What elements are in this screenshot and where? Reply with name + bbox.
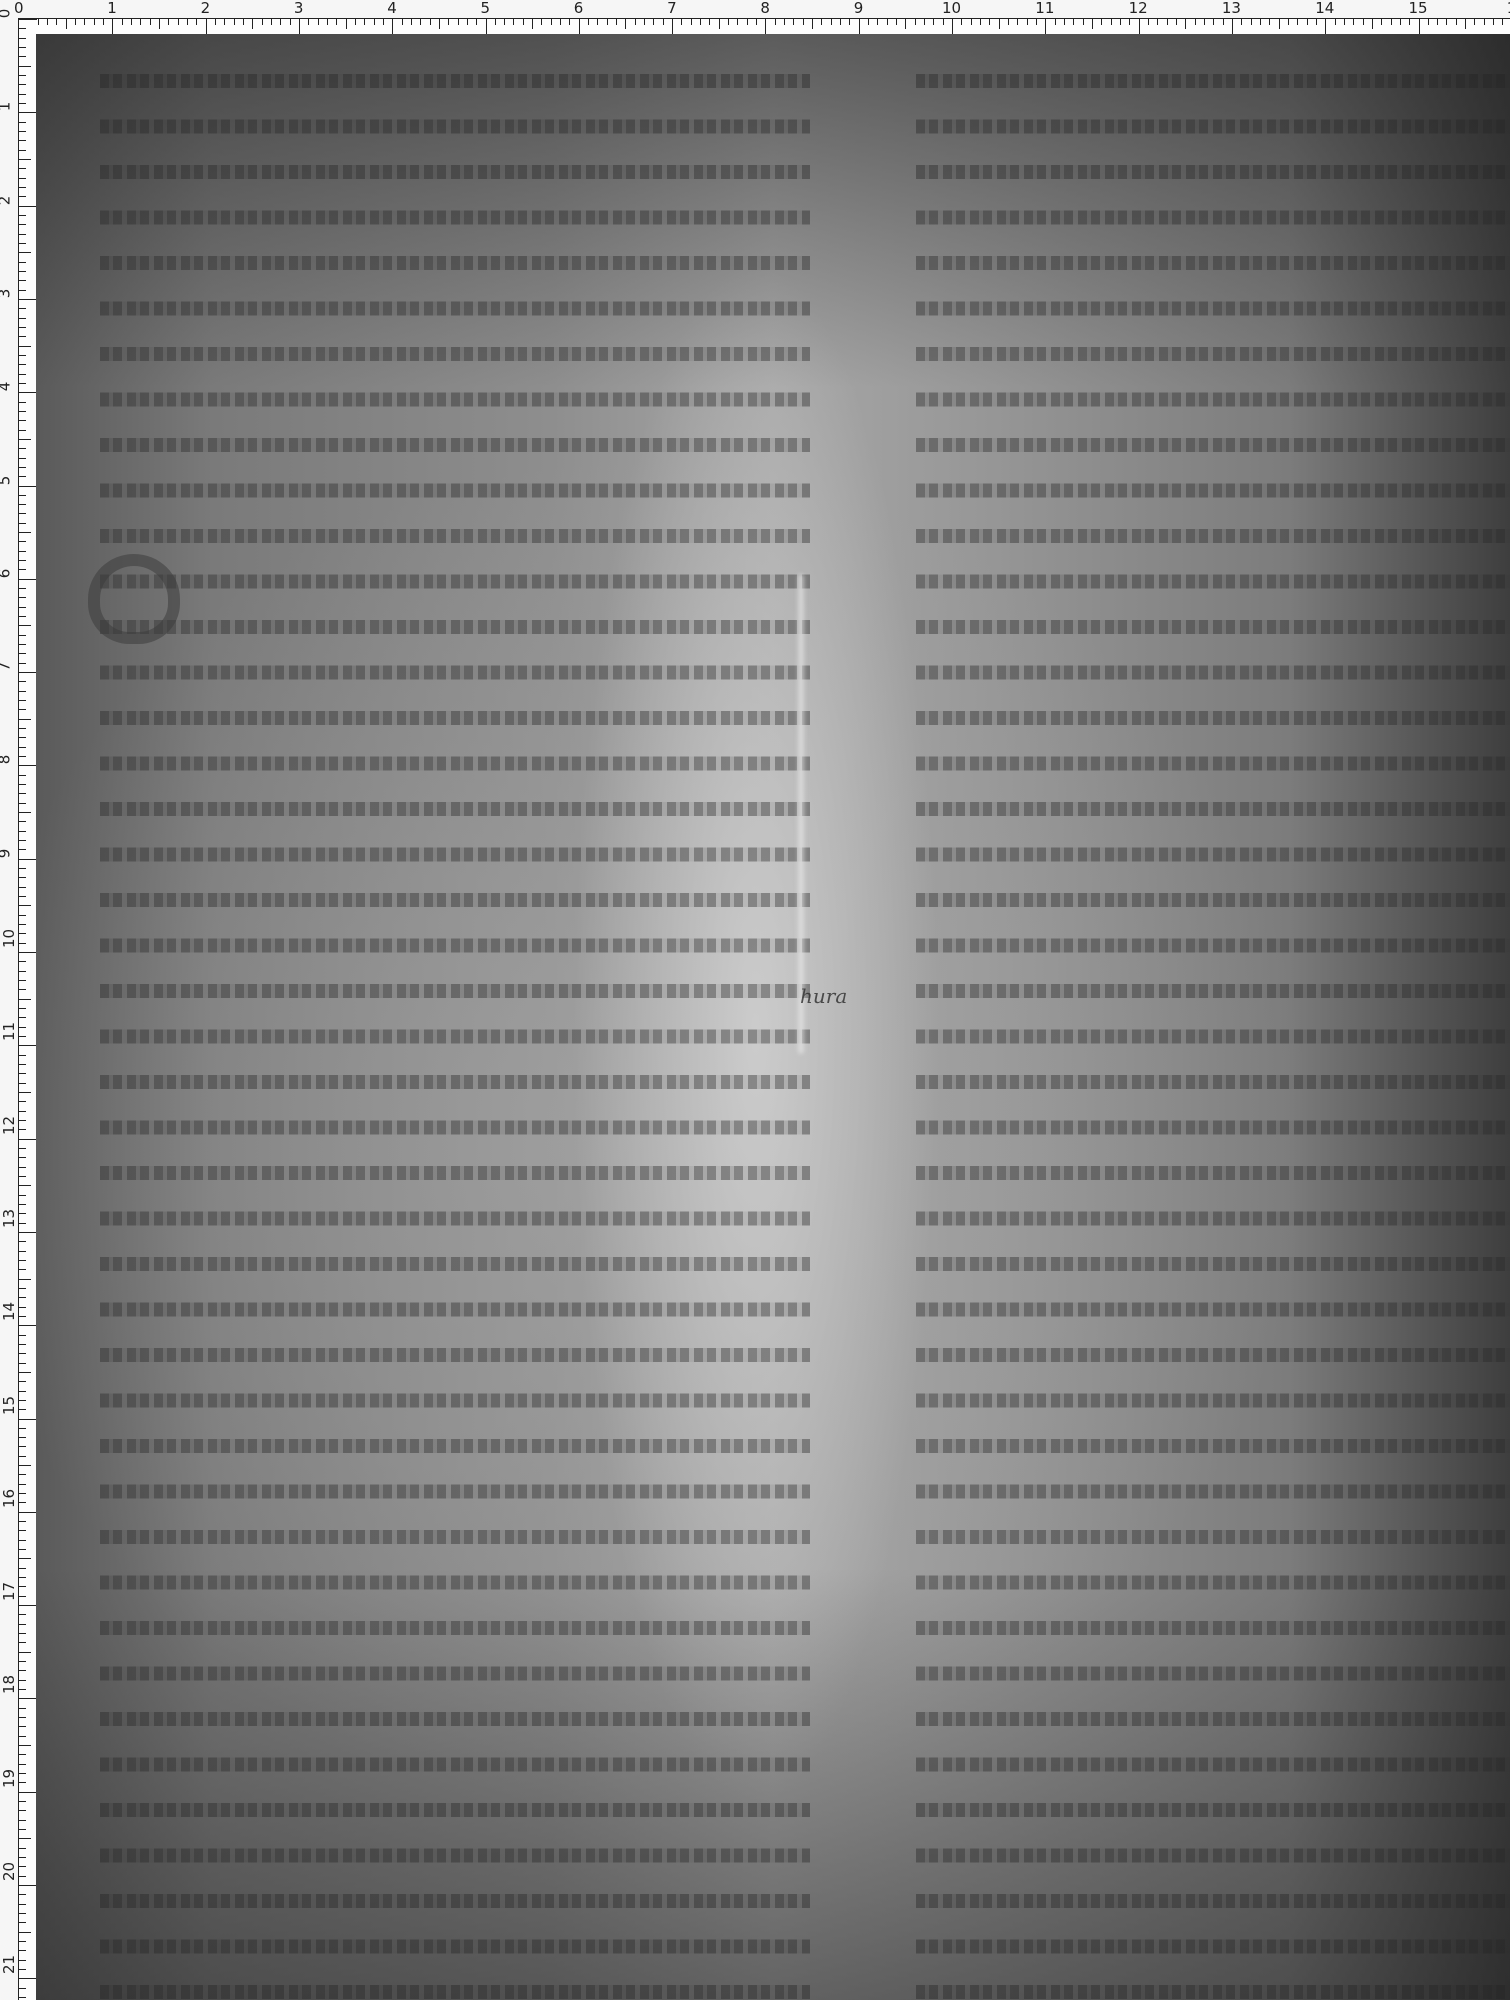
ruler-tick <box>19 66 31 67</box>
ruler-tick <box>840 19 841 25</box>
ruler-tick <box>19 402 26 403</box>
ruler-tick <box>19 915 26 916</box>
ruler-tick <box>19 924 26 925</box>
ruler-tick <box>532 19 533 29</box>
ruler-tick <box>19 999 31 1000</box>
ruler-tick <box>19 1661 26 1662</box>
ruler-tick <box>19 877 26 878</box>
ruler-label: 10 <box>942 1 961 16</box>
ruler-tick <box>364 19 365 25</box>
ruler-tick <box>19 1988 26 1989</box>
ruler-tick <box>47 19 48 25</box>
ruler-tick <box>691 19 692 25</box>
ruler-tick <box>19 1876 26 1877</box>
ruler-tick <box>243 19 244 25</box>
ruler-tick <box>19 513 26 514</box>
ruler-label: 1 <box>0 102 12 112</box>
ruler-tick <box>19 1027 26 1028</box>
ruler-tick <box>737 19 738 25</box>
ruler-tick <box>19 122 26 123</box>
ruler-tick <box>56 19 57 25</box>
ruler-tick <box>19 411 26 412</box>
ruler-tick <box>19 280 26 281</box>
ruler-tick <box>1148 19 1149 25</box>
ruler-tick <box>19 1185 31 1186</box>
ruler-label: 4 <box>0 382 12 392</box>
ruler-tick <box>19 1586 26 1587</box>
ruler-tick <box>19 439 31 440</box>
ruler-tick <box>19 1139 37 1140</box>
ruler-tick <box>122 19 123 25</box>
ruler-tick <box>374 19 375 25</box>
ruler-tick <box>19 663 26 664</box>
ruler-tick <box>19 1372 31 1373</box>
ruler-tick <box>19 1092 31 1093</box>
ruler-tick <box>159 19 160 29</box>
ruler-tick <box>19 112 37 113</box>
ruler-tick <box>19 700 26 701</box>
ruler-tick <box>19 625 31 626</box>
ruler-tick <box>1251 19 1252 25</box>
ruler-tick <box>19 1960 26 1961</box>
ruler-tick <box>849 19 850 25</box>
ruler-tick <box>19 364 26 365</box>
horizontal-ruler <box>18 18 1510 34</box>
ruler-tick <box>569 19 570 25</box>
ruler-tick <box>19 1465 31 1466</box>
ruler-tick <box>252 19 253 29</box>
ruler-tick <box>1400 19 1401 25</box>
ruler-tick <box>541 19 542 25</box>
ruler-tick <box>19 1036 26 1037</box>
ruler-tick <box>392 19 393 35</box>
ruler-tick <box>1260 19 1261 25</box>
ruler-tick <box>19 989 26 990</box>
ruler-tick <box>439 19 440 29</box>
ruler-tick <box>877 19 878 25</box>
ruler-tick <box>19 318 26 319</box>
ruler-label: 15 <box>2 1395 17 1414</box>
ruler-tick <box>19 607 26 608</box>
ruler-tick <box>19 47 26 48</box>
ruler-tick <box>19 765 37 766</box>
ruler-tick <box>896 19 897 25</box>
ruler-tick <box>1017 19 1018 25</box>
ruler-tick <box>19 1997 26 1998</box>
ruler-tick <box>1297 19 1298 25</box>
ruler-tick <box>19 1148 26 1149</box>
ruler-label: 17 <box>2 1582 17 1601</box>
ruler-tick <box>206 19 207 35</box>
ruler-tick <box>765 19 766 35</box>
ruler-tick <box>19 215 26 216</box>
ruler-tick <box>19 1502 26 1503</box>
ruler-label: 2 <box>0 195 12 205</box>
ruler-tick <box>19 588 26 589</box>
ruler-tick <box>19 1969 26 1970</box>
ruler-tick <box>19 1363 26 1364</box>
ruler-tick <box>19 1894 26 1895</box>
ruler-tick <box>19 905 31 906</box>
ruler-tick <box>19 1558 31 1559</box>
ruler-label: 7 <box>667 1 677 16</box>
ruler-tick <box>19 868 26 869</box>
ruler-tick <box>262 19 263 25</box>
ruler-tick <box>709 19 710 25</box>
ruler-tick <box>19 150 26 151</box>
ruler-tick <box>579 19 580 35</box>
ruler-tick <box>19 1437 26 1438</box>
ruler-tick <box>19 1512 37 1513</box>
ruler-tick <box>19 1307 26 1308</box>
ruler-tick <box>1176 19 1177 25</box>
ruler-tick <box>19 1484 26 1485</box>
ruler-label: 11 <box>2 1022 17 1041</box>
ruler-tick <box>19 1073 26 1074</box>
ruler-label: 13 <box>1222 1 1241 16</box>
ruler-tick <box>812 19 813 29</box>
ruler-tick <box>19 579 37 580</box>
ruler-tick <box>1064 19 1065 25</box>
ruler-tick <box>1101 19 1102 25</box>
ruler-tick <box>1129 19 1130 25</box>
ruler-tick <box>19 28 26 29</box>
ruler-tick <box>588 19 589 25</box>
ruler-tick <box>19 1288 26 1289</box>
ruler-tick <box>513 19 514 25</box>
ruler-label: 21 <box>2 1955 17 1974</box>
ruler-tick <box>980 19 981 25</box>
ruler-tick <box>681 19 682 25</box>
ruler-tick <box>19 420 26 421</box>
ruler-tick <box>19 56 26 57</box>
ruler-tick <box>19 1157 26 1158</box>
ruler-label: 11 <box>1035 1 1054 16</box>
ruler-tick <box>19 952 37 953</box>
ruler-tick <box>747 19 748 25</box>
ruler-tick <box>19 234 26 235</box>
ruler-tick <box>19 1316 26 1317</box>
ruler-tick <box>1185 19 1186 29</box>
ruler-tick <box>1446 19 1447 25</box>
ruler-tick <box>653 19 654 25</box>
ruler-tick <box>19 346 31 347</box>
ruler-tick <box>19 1232 37 1233</box>
ruler-tick <box>19 1801 26 1802</box>
ruler-tick <box>943 19 944 25</box>
ruler-tick <box>19 1223 26 1224</box>
ruler-tick <box>150 19 151 25</box>
ruler-tick <box>961 19 962 25</box>
ruler-label: 3 <box>0 289 12 299</box>
ruler-label: 18 <box>2 1675 17 1694</box>
ruler-tick <box>1223 19 1224 25</box>
ruler-tick <box>19 383 26 384</box>
ruler-tick <box>19 196 26 197</box>
ruler-tick <box>1269 19 1270 25</box>
ruler-tick <box>1428 19 1429 25</box>
ruler-tick <box>19 1941 26 1942</box>
ruler-tick <box>19 635 26 636</box>
ruler-tick <box>1484 19 1485 25</box>
ruler-tick <box>19 1335 26 1336</box>
ruler-tick <box>635 19 636 25</box>
ruler-tick <box>19 737 26 738</box>
ruler-tick <box>1232 19 1233 35</box>
ruler-tick <box>19 159 31 160</box>
ruler-tick <box>1381 19 1382 25</box>
ruler-tick <box>19 1885 37 1886</box>
ruler-tick <box>19 1866 26 1867</box>
ruler-tick <box>19 1652 31 1653</box>
ruler-tick <box>728 19 729 25</box>
ruler-tick <box>19 1045 37 1046</box>
ruler-tick <box>19 1764 26 1765</box>
ruler-tick <box>1363 19 1364 25</box>
ruler-tick <box>420 19 421 25</box>
ruler-label: 0 <box>14 1 24 16</box>
ruler-tick <box>1027 19 1028 25</box>
ruler-tick <box>38 19 39 25</box>
ruler-tick <box>19 1241 26 1242</box>
ruler-tick <box>19 1820 26 1821</box>
ruler-tick <box>448 19 449 25</box>
ruler-tick <box>19 597 26 598</box>
ruler-tick <box>1055 19 1056 25</box>
ruler-tick <box>19 206 37 207</box>
ruler-tick <box>19 896 26 897</box>
ruler-tick <box>19 243 26 244</box>
ruler-tick <box>19 1101 26 1102</box>
ruler-tick <box>19 523 26 524</box>
ruler-tick <box>924 19 925 25</box>
ruler-tick <box>19 495 26 496</box>
ruler-tick <box>19 224 26 225</box>
ruler-tick <box>19 1680 26 1681</box>
ruler-tick <box>19 308 26 309</box>
ruler-tick <box>19 1708 26 1709</box>
ruler-tick <box>19 681 26 682</box>
ruler-tick <box>1204 19 1205 25</box>
ruler-tick <box>19 1540 26 1541</box>
ruler-tick <box>19 1596 26 1597</box>
ruler-tick <box>19 1792 37 1793</box>
ruler-tick <box>19 1521 26 1522</box>
ruler-tick <box>19 887 26 888</box>
ruler-label: 19 <box>2 1769 17 1788</box>
ruler-tick <box>94 19 95 25</box>
ruler-tick <box>672 19 673 35</box>
ruler-tick <box>19 691 26 692</box>
ruler-tick <box>19 84 26 85</box>
ruler-tick <box>19 859 37 860</box>
ruler-tick <box>458 19 459 25</box>
ruler-tick <box>19 140 26 141</box>
ruler-tick <box>486 19 487 35</box>
ruler-label: 5 <box>0 475 12 485</box>
ruler-tick <box>19 1428 26 1429</box>
ruler-tick <box>19 532 31 533</box>
ruler-tick <box>607 19 608 25</box>
ruler-tick <box>1083 19 1084 25</box>
ruler-tick <box>66 19 67 29</box>
ruler-tick <box>178 19 179 25</box>
ruler-tick <box>19 803 26 804</box>
scan-vignette <box>36 34 1510 2000</box>
ruler-tick <box>19 775 26 776</box>
ruler-tick <box>19 168 26 169</box>
ruler-tick <box>318 19 319 25</box>
ruler-tick <box>859 19 860 35</box>
ruler-tick <box>336 19 337 25</box>
ruler-tick <box>1437 19 1438 25</box>
ruler-tick <box>1325 19 1326 35</box>
ruler-tick <box>19 504 26 505</box>
ruler-tick <box>19 1810 26 1811</box>
ruler-tick <box>1474 19 1475 25</box>
ruler-tick <box>1167 19 1168 25</box>
ruler-tick <box>1409 19 1410 25</box>
ruler-tick <box>19 94 26 95</box>
ruler-tick <box>933 19 934 25</box>
ruler-tick <box>625 19 626 29</box>
ruler-tick <box>19 75 26 76</box>
ruler-tick <box>430 19 431 25</box>
ruler-label: 16 <box>2 1489 17 1508</box>
ruler-tick <box>19 1624 26 1625</box>
ruler-tick <box>719 19 720 29</box>
ruler-tick <box>187 19 188 25</box>
ruler-tick <box>19 336 26 337</box>
ruler-tick <box>19 1353 26 1354</box>
ruler-tick <box>1241 19 1242 25</box>
ruler-label: 12 <box>1129 1 1148 16</box>
ruler-tick <box>19 1549 26 1550</box>
ruler-tick <box>868 19 869 25</box>
ruler-tick <box>1353 19 1354 25</box>
ruler-tick <box>19 1176 26 1177</box>
ruler-tick <box>19 1614 26 1615</box>
ruler-label: 1 <box>107 1 117 16</box>
ruler-tick <box>196 19 197 25</box>
ruler-tick <box>346 19 347 29</box>
ruler-tick <box>19 551 26 552</box>
ruler-tick <box>1008 19 1009 25</box>
ruler-tick <box>19 1530 26 1531</box>
ruler-tick <box>19 1642 26 1643</box>
ruler-tick <box>215 19 216 25</box>
ruler-tick <box>131 19 132 25</box>
ruler-tick <box>19 1083 26 1084</box>
ruler-tick <box>19 672 37 673</box>
ruler-tick <box>19 943 26 944</box>
ruler-tick <box>784 19 785 25</box>
ruler-tick <box>467 19 468 25</box>
ruler-tick <box>19 980 26 981</box>
ruler-tick <box>19 1782 26 1783</box>
ruler-tick <box>19 821 26 822</box>
ruler-tick <box>19 355 26 356</box>
ruler-tick <box>19 1279 31 1280</box>
ruler-tick <box>551 19 552 25</box>
ruler-tick <box>19 560 26 561</box>
ruler-tick <box>663 19 664 25</box>
ruler-tick <box>19 831 26 832</box>
ruler-tick <box>168 19 169 25</box>
ruler-tick <box>19 1167 26 1168</box>
ruler-tick <box>19 131 26 132</box>
ruler-tick <box>971 19 972 25</box>
ruler-tick <box>644 19 645 25</box>
ruler-tick <box>19 1391 26 1392</box>
ruler-tick <box>19 1633 26 1634</box>
ruler-tick <box>1120 19 1121 25</box>
ruler-label: 7 <box>0 662 12 672</box>
ruler-label: 9 <box>854 1 864 16</box>
ruler-tick <box>19 103 26 104</box>
ruler-tick <box>821 19 822 25</box>
ruler-tick <box>19 1297 26 1298</box>
ruler-tick <box>19 849 26 850</box>
ruler-tick <box>19 1568 26 1569</box>
ruler-tick <box>1456 19 1457 25</box>
ruler-tick <box>19 793 26 794</box>
ruler-tick <box>19 448 26 449</box>
ruler-tick <box>19 1848 26 1849</box>
ruler-tick <box>1335 19 1336 25</box>
ruler-tick <box>887 19 888 25</box>
ruler-tick <box>19 467 26 468</box>
ruler-tick <box>19 1605 37 1606</box>
ruler-tick <box>19 653 26 654</box>
ruler-tick <box>19 1419 37 1420</box>
ruler-tick <box>19 458 26 459</box>
ruler-tick <box>19 1008 26 1009</box>
ruler-label: 12 <box>2 1116 17 1135</box>
ruler-tick <box>280 19 281 25</box>
ruler-tick <box>19 784 26 785</box>
ruler-tick <box>803 19 804 25</box>
ruler-tick <box>140 19 141 25</box>
ruler-tick <box>19 747 26 748</box>
ruler-tick <box>19 1381 26 1382</box>
ruler-tick <box>19 1195 26 1196</box>
ruler-tick <box>1307 19 1308 25</box>
ruler-tick <box>19 1251 26 1252</box>
ruler-tick <box>19 1409 26 1410</box>
ruler-tick <box>19 1670 26 1671</box>
ruler-tick <box>831 19 832 25</box>
ruler-tick <box>19 271 26 272</box>
ruler-tick <box>616 19 617 25</box>
ruler-tick <box>1157 19 1158 25</box>
ruler-tick <box>402 19 403 25</box>
ruler-tick <box>700 19 701 25</box>
ruler-tick <box>19 1922 26 1923</box>
ruler-tick <box>299 19 300 35</box>
ruler-label: 10 <box>2 929 17 948</box>
ruler-label: 20 <box>2 1862 17 1881</box>
ruler-tick <box>383 19 384 25</box>
ruler-tick <box>19 1017 26 1018</box>
ruler-tick <box>952 19 953 35</box>
ruler-tick <box>597 19 598 25</box>
ruler-tick <box>19 476 26 477</box>
ruler-tick <box>1036 19 1037 25</box>
ruler-tick <box>19 1717 26 1718</box>
ruler-tick <box>19 728 26 729</box>
ruler-tick <box>19 1726 26 1727</box>
